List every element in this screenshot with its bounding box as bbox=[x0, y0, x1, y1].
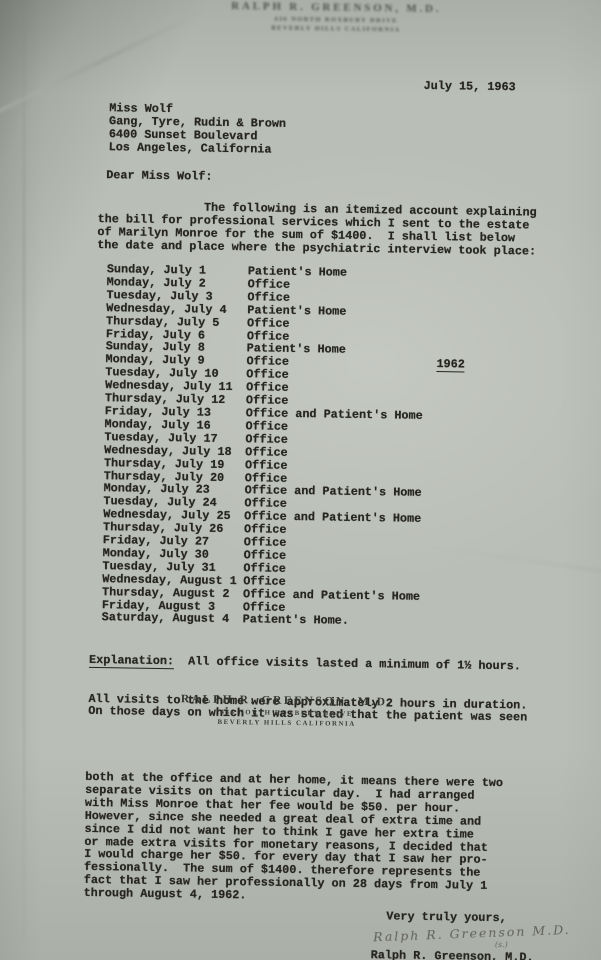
explanation-text: All office visits lasted a minimum of 1½… bbox=[174, 654, 521, 673]
year-note: 1962 bbox=[436, 358, 465, 372]
schedule-day: Saturday, August 4 bbox=[102, 612, 243, 627]
date-line: July 15, 1963 bbox=[424, 80, 516, 94]
letterhead-faint: RALPH R. GREENSON, M.D. 436 NORTH ROXBUR… bbox=[70, 0, 601, 36]
intro-paragraph: The following is an itemized account exp… bbox=[97, 200, 537, 258]
explanation-label: Explanation: bbox=[89, 653, 174, 669]
letter-photo: RALPH R. GREENSON, M.D. 436 NORTH ROXBUR… bbox=[0, 0, 601, 960]
handwritten-signature: Ralph R. Greenson M.D. bbox=[373, 922, 571, 944]
page2-paragraph: both at the office and at her home, it m… bbox=[84, 771, 504, 906]
typed-signature-name: Ralph R. Greenson, M.D. bbox=[371, 949, 534, 960]
schedule-list: Sunday, July 1 Patient's Home Monday, Ju… bbox=[102, 263, 425, 629]
explanation-first-line: Explanation: All office visits lasted a … bbox=[89, 654, 528, 673]
letter-content: RALPH R. GREENSON, M.D. 436 NORTH ROXBUR… bbox=[0, 0, 601, 960]
recipient-address: Miss WolfGang, Tyre, Rudin & Brown6400 S… bbox=[109, 102, 287, 156]
signature-mark: (s.) bbox=[495, 940, 508, 949]
address-line: Los Angeles, California bbox=[109, 141, 286, 157]
explanation-paragraph: Explanation: All office visits lasted a … bbox=[88, 628, 529, 751]
schedule-place: Patient's Home. bbox=[243, 614, 349, 628]
salutation: Dear Miss Wolf: bbox=[106, 169, 212, 183]
closing-line: Very truly yours, bbox=[386, 910, 507, 925]
schedule-place: Office bbox=[245, 459, 288, 473]
